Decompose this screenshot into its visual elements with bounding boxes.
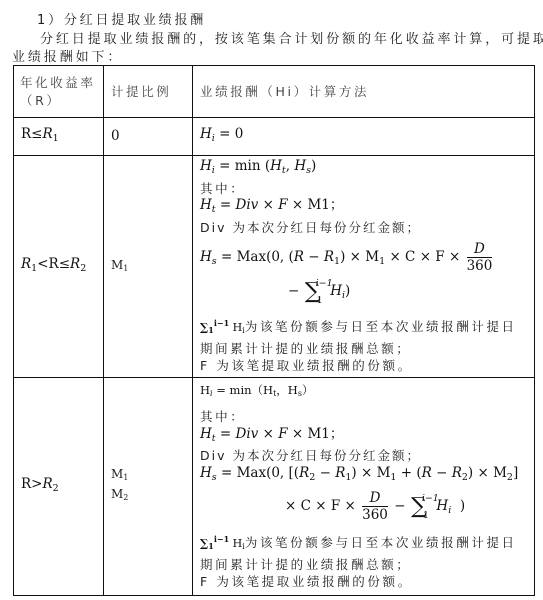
formula-hi-min: Hi = min（Ht，Hs）	[200, 382, 534, 403]
intro-paragraph-line-2: 业绩报酬如下：	[12, 46, 123, 65]
header-accrual-ratio: 计提比例	[104, 66, 193, 118]
condition-cell: R≤R1	[14, 118, 104, 156]
table-row: R1<R≤R2 M1 Hi = min (Ht, Hs) 其中： Ht = Di…	[14, 156, 535, 378]
formula-hs-line-1: Hs = Max(0, (R − R1) × M1 × C × F × D360	[200, 241, 534, 274]
intro-paragraph-line-1: 分红日提取业绩报酬的，按该笔集合计划份额的年化收益率计算，可提取的	[40, 28, 543, 47]
condition-cell: R>R2	[14, 377, 104, 595]
formula-ht: Ht = Div × F × M1；	[200, 197, 534, 219]
formula-hs-line-2: − ∑i−11 Hi)	[200, 280, 534, 307]
formula-hs-line-2: × C × F × D360 − ∑i−11 Hi )	[200, 490, 534, 523]
method-cell: Hi = min (Ht, Hs) 其中： Ht = Div × F × M1；…	[193, 156, 535, 378]
fraction-d-over-360: D360	[362, 490, 388, 523]
summation-symbol: ∑i−11	[410, 497, 428, 517]
performance-fee-table: 年化收益率 （R） 计提比例 业绩报酬（Hi）计算方法 R≤R1 0 Hi = …	[13, 65, 535, 596]
ratio-cell: M1 M2	[104, 377, 193, 595]
sum-description: ∑1i−1 Hi为该笔份额参与日至本次业绩报酬计提日	[200, 315, 534, 340]
ratio-cell: 0	[104, 118, 193, 156]
formula-hi-zero: Hi = 0	[200, 126, 243, 142]
formula-hs-line-1: Hs = Max(0, [(R2 − R1) × M1 + (R − R2) ×…	[200, 465, 534, 487]
formula-ht: Ht = Div × F × M1；	[200, 426, 534, 448]
header-annualized-return: 年化收益率 （R）	[14, 66, 104, 118]
section-heading: 1）分红日提取业绩报酬	[37, 9, 206, 28]
summation-symbol: ∑i−11	[304, 282, 322, 302]
ratio-cell: M1	[104, 156, 193, 378]
table-row: R>R2 M1 M2 Hi = min（Ht，Hs） 其中： Ht = Div …	[14, 377, 535, 595]
method-cell: Hi = 0	[193, 118, 535, 156]
formula-hi-min: Hi = min (Ht, Hs)	[200, 158, 534, 180]
fraction-d-over-360: D360	[467, 241, 493, 274]
table-row: R≤R1 0 Hi = 0	[14, 118, 535, 156]
header-calculation-method: 业绩报酬（Hi）计算方法	[193, 66, 535, 118]
method-cell: Hi = min（Ht，Hs） 其中： Ht = Div × F × M1； D…	[193, 377, 535, 595]
condition-cell: R1<R≤R2	[14, 156, 104, 378]
sum-description: ∑1i−1 Hi为该笔份额参与日至本次业绩报酬计提日	[200, 531, 534, 556]
table-header-row: 年化收益率 （R） 计提比例 业绩报酬（Hi）计算方法	[14, 66, 535, 118]
